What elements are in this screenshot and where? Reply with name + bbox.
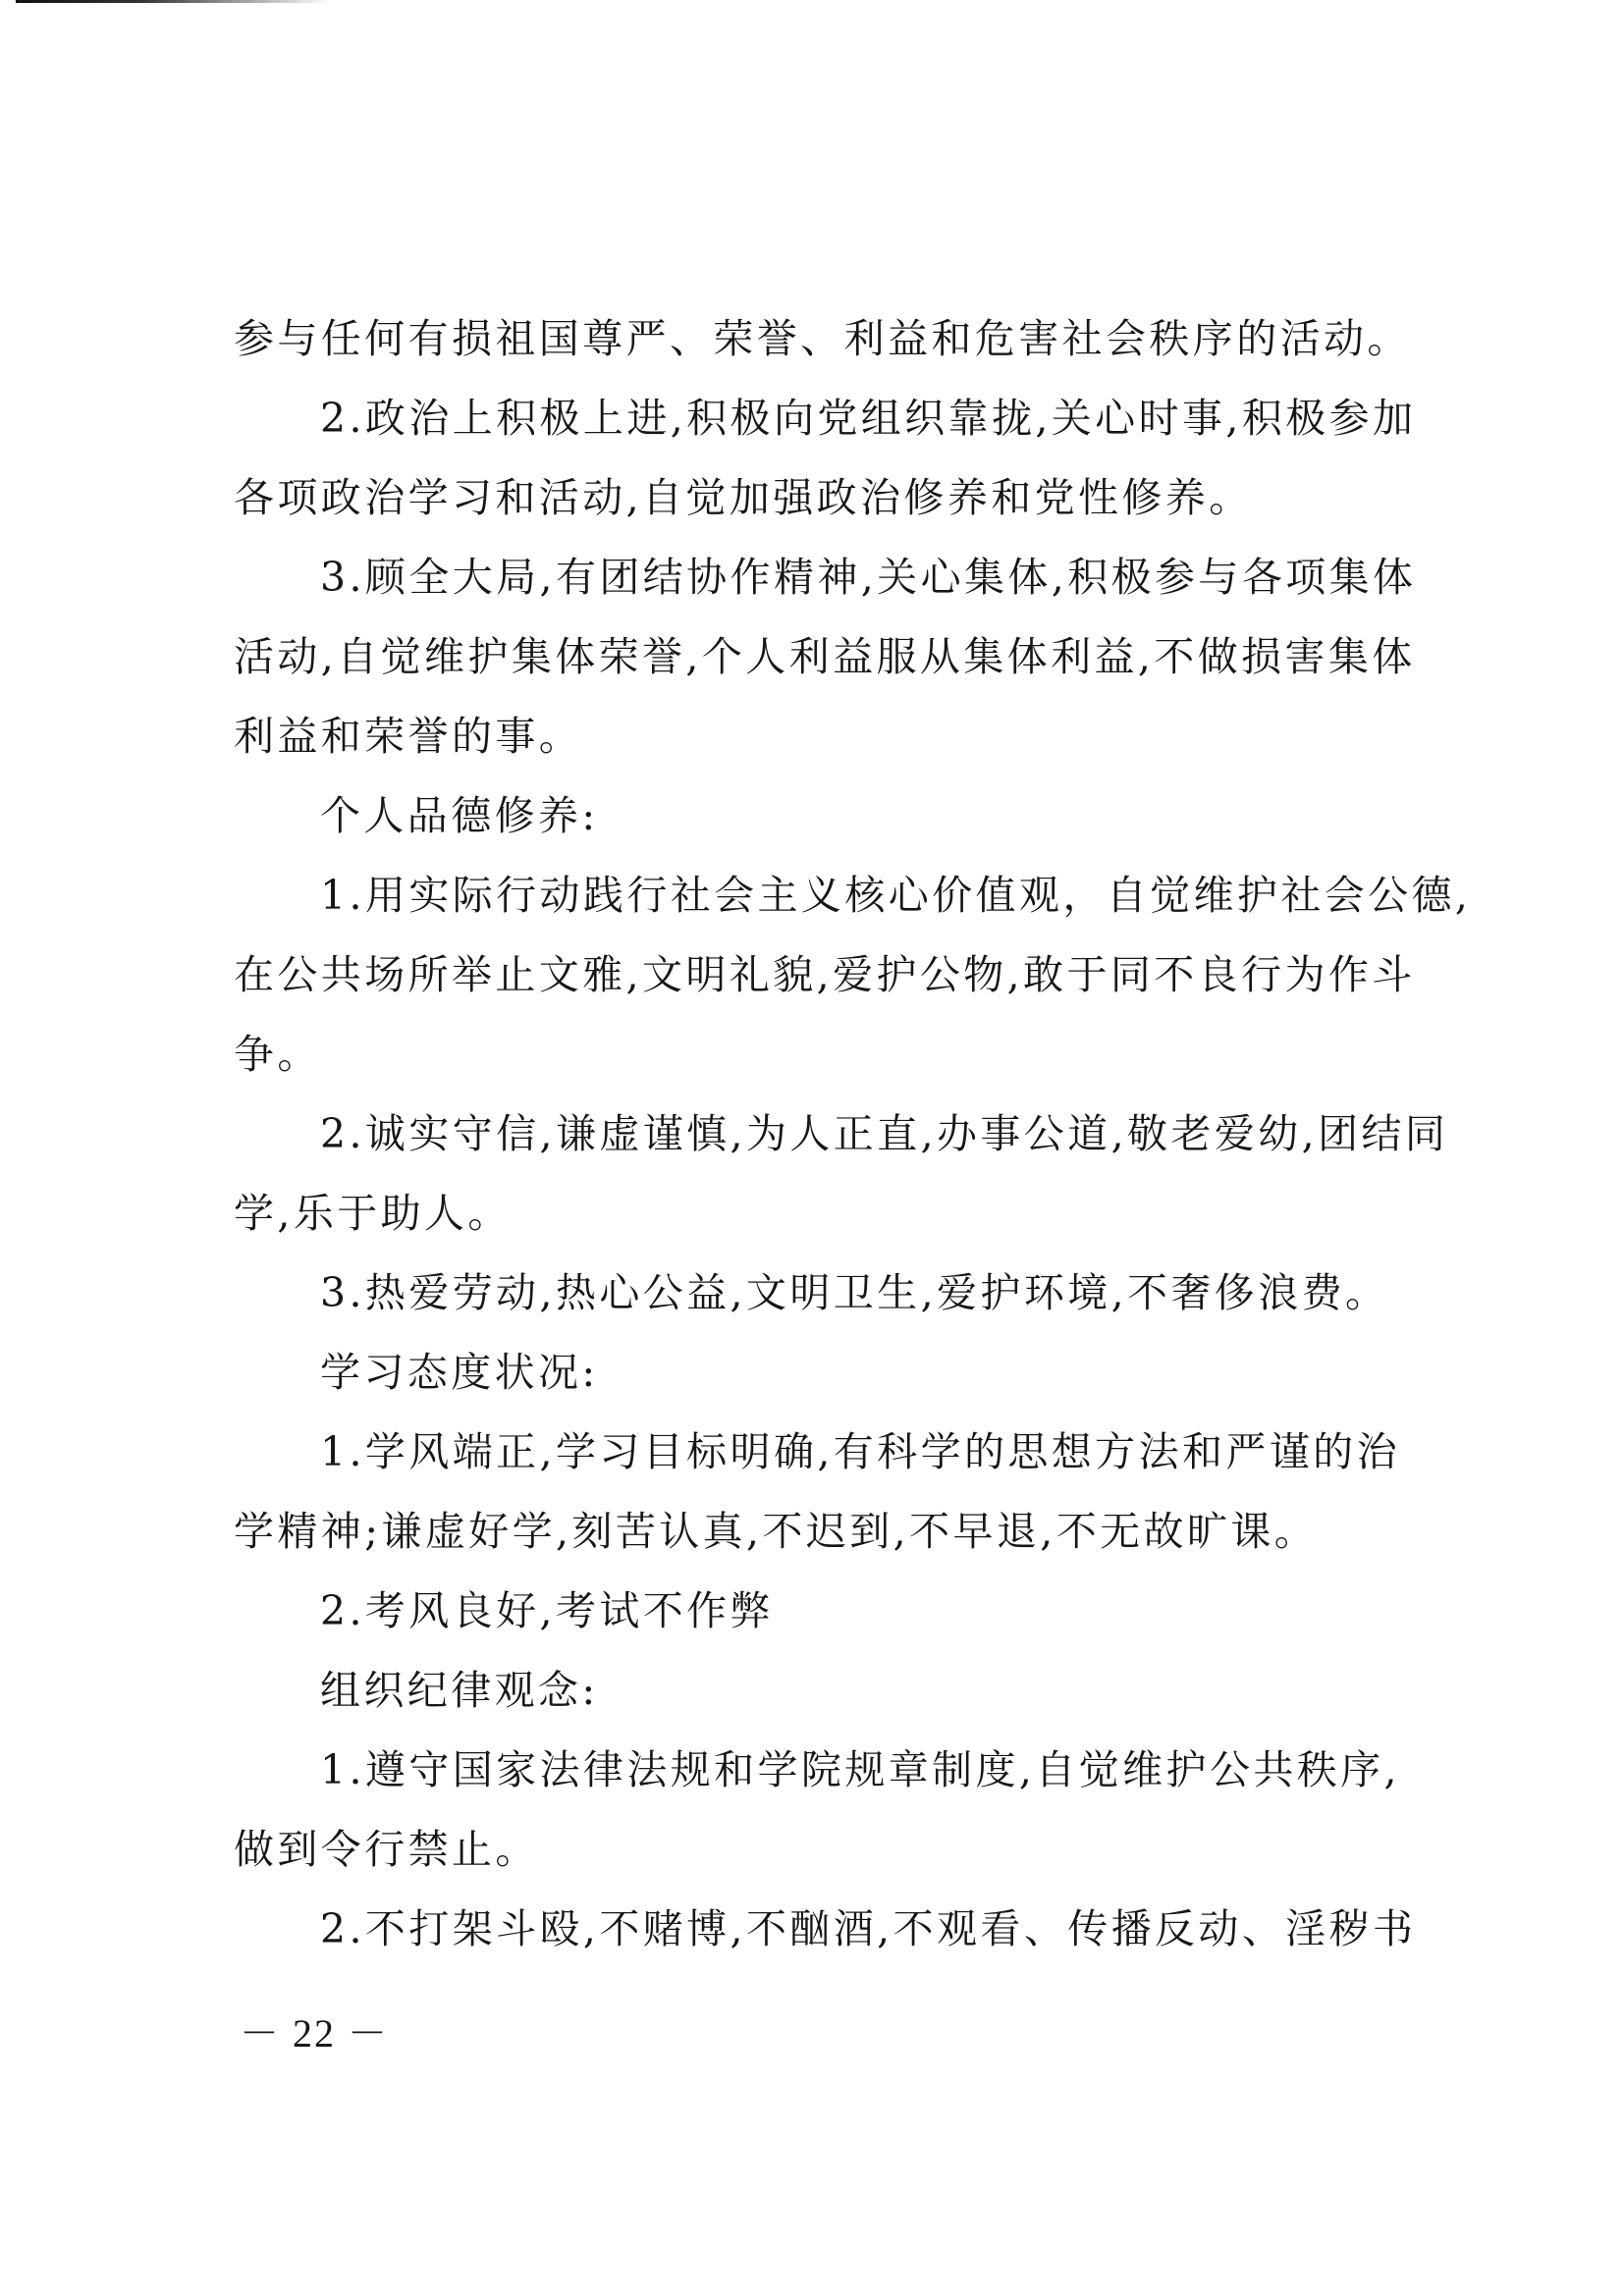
section-heading-discipline: 组织纪律观念: bbox=[234, 1664, 1424, 1743]
list-item-morality-1: 1.用实际行动践行社会主义核心价值观，自觉维护社会公德, bbox=[234, 869, 1424, 948]
scan-edge-mark bbox=[16, 0, 330, 3]
list-item-political-2: 2.政治上积极上进,积极向党组织靠拢,关心时事,积极参加 bbox=[234, 392, 1424, 471]
text-line: 利益和荣誉的事。 bbox=[234, 710, 1424, 789]
section-heading-study-attitude: 学习态度状况: bbox=[234, 1346, 1424, 1425]
list-item-study-2: 2.考风良好,考试不作弊 bbox=[234, 1584, 1424, 1664]
list-item-morality-2: 2.诚实守信,谦虚谨慎,为人正直,办事公道,敬老爱幼,团结同 bbox=[234, 1107, 1424, 1187]
document-body: 参与任何有损祖国尊严、荣誉、利益和危害社会秩序的活动。 2.政治上积极上进,积极… bbox=[234, 312, 1424, 1982]
text-line: 学精神;谦虚好学,刻苦认真,不迟到,不早退,不无故旷课。 bbox=[234, 1505, 1424, 1584]
list-item-discipline-1: 1.遵守国家法律法规和学院规章制度,自觉维护公共秩序, bbox=[234, 1743, 1424, 1823]
page-number: － 22 － bbox=[240, 2002, 389, 2058]
list-item-discipline-2: 2.不打架斗殴,不赌博,不酗酒,不观看、传播反动、淫秽书 bbox=[234, 1902, 1424, 1982]
text-line: 活动,自觉维护集体荣誉,个人利益服从集体利益,不做损害集体 bbox=[234, 630, 1424, 710]
text-line: 参与任何有损祖国尊严、荣誉、利益和危害社会秩序的活动。 bbox=[234, 312, 1424, 392]
text-line: 各项政治学习和活动,自觉加强政治修养和党性修养。 bbox=[234, 471, 1424, 551]
list-item-morality-3: 3.热爱劳动,热心公益,文明卫生,爱护环境,不奢侈浪费。 bbox=[234, 1266, 1424, 1346]
section-heading-personal-morality: 个人品德修养: bbox=[234, 789, 1424, 869]
list-item-study-1: 1.学风端正,学习目标明确,有科学的思想方法和严谨的治 bbox=[234, 1425, 1424, 1505]
list-item-political-3: 3.顾全大局,有团结协作精神,关心集体,积极参与各项集体 bbox=[234, 551, 1424, 630]
text-line: 学,乐于助人。 bbox=[234, 1187, 1424, 1266]
text-line: 在公共场所举止文雅,文明礼貌,爱护公物,敢于同不良行为作斗 bbox=[234, 948, 1424, 1028]
text-line: 做到令行禁止。 bbox=[234, 1823, 1424, 1902]
text-line: 争。 bbox=[234, 1028, 1424, 1107]
